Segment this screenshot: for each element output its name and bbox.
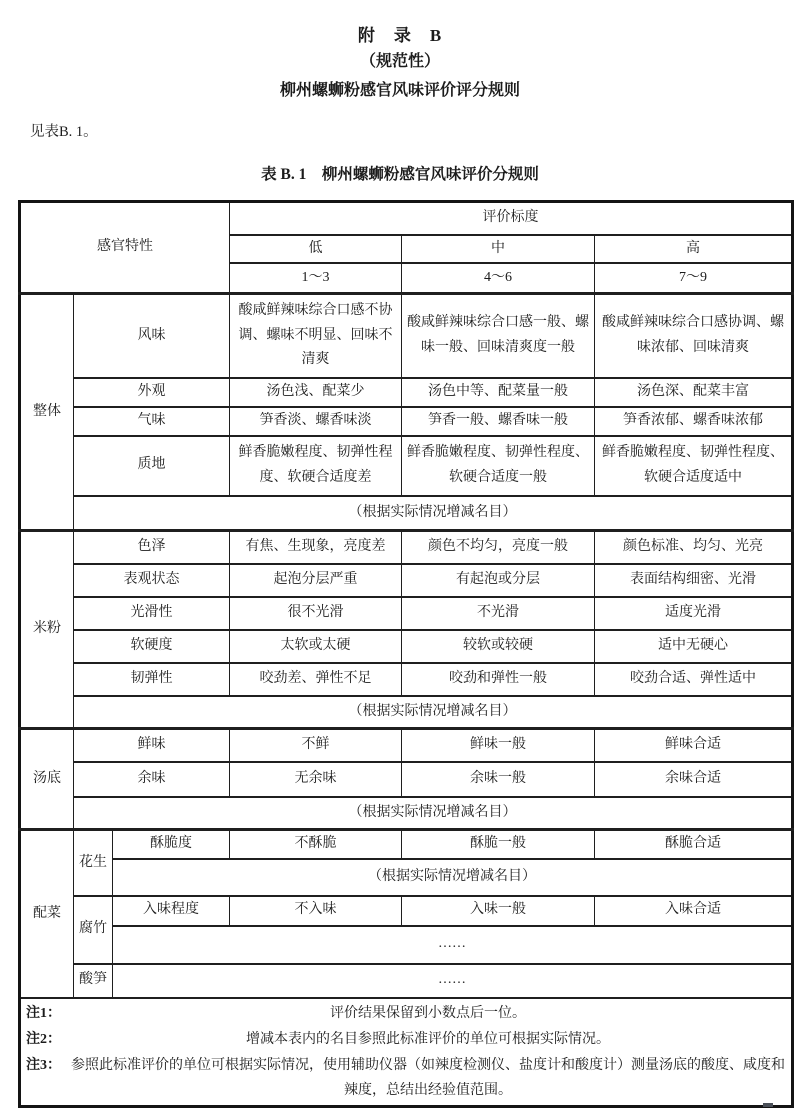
level-cell-low: 低 [230, 235, 402, 264]
score-cell-mid: 有起泡或分层 [402, 564, 595, 597]
note-3-text: 参照此标准评价的单位可根据实际情况，使用辅助仪器（如辣度检测仪、盐度计和酸度计）… [71, 1058, 785, 1098]
score-cell-high: 颜色标准、均匀、光亮 [595, 531, 793, 564]
score-cell-high: 汤色深、配菜丰富 [595, 378, 793, 407]
table-row: 韧弹性 咬劲差、弹性不足 咬劲和弹性一般 咬劲合适、弹性适中 [20, 663, 793, 696]
score-cell-high: 表面结构细密、光滑 [595, 564, 793, 597]
score-cell-low: 起泡分层严重 [230, 564, 402, 597]
note-1-text: 评价结果保留到小数点后一位。 [330, 1006, 526, 1021]
attr-cell: 外观 [74, 378, 230, 407]
note-1-label: 注1： [26, 1001, 61, 1026]
table-row: 米粉 色泽 有焦、生现象，亮度差 颜色不均匀，亮度一般 颜色标准、均匀、光亮 [20, 531, 793, 564]
table-row: 表观状态 起泡分层严重 有起泡或分层 表面结构细密、光滑 [20, 564, 793, 597]
score-cell-high: 笋香浓郁、螺香味浓郁 [595, 407, 793, 436]
subgroup-footer-cell: …… [113, 964, 793, 998]
table-row: 整体 风味 酸咸鲜辣味综合口感不协调、螺味不明显、回味不清爽 酸咸鲜辣味综合口感… [20, 293, 793, 378]
group-cell: 米粉 [20, 531, 74, 729]
attr-cell: 软硬度 [74, 630, 230, 663]
score-cell-low: 有焦、生现象，亮度差 [230, 531, 402, 564]
table-row: 气味 笋香淡、螺香味淡 笋香一般、螺香味一般 笋香浓郁、螺香味浓郁 [20, 407, 793, 436]
table-row: 汤底 鲜味 不鲜 鲜味一般 鲜味合适 [20, 729, 793, 762]
attr-cell: 鲜味 [74, 729, 230, 762]
score-cell-high: 鲜味合适 [595, 729, 793, 762]
score-cell-mid: 咬劲和弹性一般 [402, 663, 595, 696]
attr-cell: 韧弹性 [74, 663, 230, 696]
attr-cell: 色泽 [74, 531, 230, 564]
score-cell-low: 太软或太硬 [230, 630, 402, 663]
section-footer-cell: （根据实际情况增减名目） [74, 496, 793, 531]
score-cell-low: 不入味 [230, 896, 402, 926]
table-row: 酸笋 …… [20, 964, 793, 998]
scale-header-cell: 评价标度 [230, 202, 793, 235]
score-cell-low: 咬劲差、弹性不足 [230, 663, 402, 696]
note-3-label: 注3： [26, 1053, 61, 1078]
score-cell-low: 很不光滑 [230, 597, 402, 630]
note-1: 注1：评价结果保留到小数点后一位。 [24, 1001, 788, 1026]
score-cell-mid: 鲜味一般 [402, 729, 595, 762]
score-cell-high: 入味合适 [595, 896, 793, 926]
score-cell-low: 不鲜 [230, 729, 402, 762]
score-cell-mid: 鲜香脆嫩程度、韧弹性程度、软硬合适度一般 [402, 436, 595, 496]
table-row: 质地 鲜香脆嫩程度、韧弹性程度、软硬合适度差 鲜香脆嫩程度、韧弹性程度、软硬合适… [20, 436, 793, 496]
score-cell-low: 汤色浅、配菜少 [230, 378, 402, 407]
table-row: 光滑性 很不光滑 不光滑 适度光滑 [20, 597, 793, 630]
score-cell-high: 酸咸鲜辣味综合口感协调、螺味浓郁、回味清爽 [595, 293, 793, 378]
score-cell-high: 余味合适 [595, 762, 793, 797]
page-number-fragment [763, 1103, 773, 1107]
score-cell-low: 鲜香脆嫩程度、韧弹性程度、软硬合适度差 [230, 436, 402, 496]
attr-cell: 酥脆度 [113, 830, 230, 859]
subgroup-cell: 腐竹 [74, 896, 113, 964]
document-page: 附 录 B （规范性） 柳州螺蛳粉感官风味评价评分规则 见表B. 1。 表 B.… [0, 0, 800, 1108]
score-cell-high: 鲜香脆嫩程度、韧弹性程度、软硬合适度适中 [595, 436, 793, 496]
group-cell: 配菜 [20, 830, 74, 998]
subgroup-cell: 酸笋 [74, 964, 113, 998]
section-footer-cell: （根据实际情况增减名目） [74, 797, 793, 830]
score-cell-mid: 笋香一般、螺香味一般 [402, 407, 595, 436]
score-cell-mid: 余味一般 [402, 762, 595, 797]
attr-cell: 入味程度 [113, 896, 230, 926]
note-2: 注2：增减本表内的名目参照此标准评价的单位可根据实际情况。 [24, 1027, 788, 1052]
score-cell-high: 酥脆合适 [595, 830, 793, 859]
notes-cell: 注1：评价结果保留到小数点后一位。 注2：增减本表内的名目参照此标准评价的单位可… [20, 998, 793, 1107]
attr-cell: 气味 [74, 407, 230, 436]
notes-row: 注1：评价结果保留到小数点后一位。 注2：增减本表内的名目参照此标准评价的单位可… [20, 998, 793, 1107]
subgroup-cell: 花生 [74, 830, 113, 896]
group-cell: 整体 [20, 293, 74, 531]
score-cell-high: 咬劲合适、弹性适中 [595, 663, 793, 696]
appendix-title: 附 录 B [0, 0, 800, 47]
level-cell-mid: 中 [402, 235, 595, 264]
note-2-text: 增减本表内的名目参照此标准评价的单位可根据实际情况。 [246, 1032, 610, 1047]
header-row-scale: 感官特性 评价标度 [20, 202, 793, 235]
range-cell-mid: 4～6 [402, 263, 595, 293]
score-cell-low: 酸咸鲜辣味综合口感不协调、螺味不明显、回味不清爽 [230, 293, 402, 378]
attr-cell: 风味 [74, 293, 230, 378]
table-row: （根据实际情况增减名目） [20, 496, 793, 531]
table-row: （根据实际情况增减名目） [20, 859, 793, 896]
subgroup-footer-cell: （根据实际情况增减名目） [113, 859, 793, 896]
table-row: 配菜 花生 酥脆度 不酥脆 酥脆一般 酥脆合适 [20, 830, 793, 859]
score-cell-low: 无余味 [230, 762, 402, 797]
score-cell-mid: 较软或较硬 [402, 630, 595, 663]
score-cell-mid: 汤色中等、配菜量一般 [402, 378, 595, 407]
range-cell-low: 1～3 [230, 263, 402, 293]
level-cell-high: 高 [595, 235, 793, 264]
table-row: 腐竹 入味程度 不入味 入味一般 入味合适 [20, 896, 793, 926]
sensory-header-cell: 感官特性 [20, 202, 230, 294]
score-cell-high: 适度光滑 [595, 597, 793, 630]
score-cell-mid: 颜色不均匀，亮度一般 [402, 531, 595, 564]
appendix-name: 柳州螺蛳粉感官风味评价评分规则 [0, 76, 800, 105]
score-cell-high: 适中无硬心 [595, 630, 793, 663]
section-footer-cell: （根据实际情况增减名目） [74, 696, 793, 729]
subgroup-footer-cell: …… [113, 926, 793, 964]
score-cell-low: 笋香淡、螺香味淡 [230, 407, 402, 436]
table-row: 外观 汤色浅、配菜少 汤色中等、配菜量一般 汤色深、配菜丰富 [20, 378, 793, 407]
attr-cell: 表观状态 [74, 564, 230, 597]
table-caption: 表 B. 1 柳州螺蛳粉感官风味评价分规则 [0, 143, 800, 187]
score-cell-low: 不酥脆 [230, 830, 402, 859]
attr-cell: 余味 [74, 762, 230, 797]
attr-cell: 质地 [74, 436, 230, 496]
score-cell-mid: 酸咸鲜辣味综合口感一般、螺味一般、回味清爽度一般 [402, 293, 595, 378]
range-cell-high: 7～9 [595, 263, 793, 293]
table-row: （根据实际情况增减名目） [20, 696, 793, 729]
note-3: 注3：参照此标准评价的单位可根据实际情况，使用辅助仪器（如辣度检测仪、盐度计和酸… [24, 1053, 788, 1103]
evaluation-table: 感官特性 评价标度 低 中 高 1～3 4～6 7～9 整体 风味 酸咸鲜辣味综… [18, 200, 794, 1108]
attr-cell: 光滑性 [74, 597, 230, 630]
table-row: 软硬度 太软或太硬 较软或较硬 适中无硬心 [20, 630, 793, 663]
intro-text: 见表B. 1。 [0, 105, 800, 143]
score-cell-mid: 酥脆一般 [402, 830, 595, 859]
table-row: （根据实际情况增减名目） [20, 797, 793, 830]
score-cell-mid: 入味一般 [402, 896, 595, 926]
table-row: …… [20, 926, 793, 964]
note-2-label: 注2： [26, 1027, 61, 1052]
appendix-subtitle: （规范性） [0, 47, 800, 76]
group-cell: 汤底 [20, 729, 74, 830]
table-row: 余味 无余味 余味一般 余味合适 [20, 762, 793, 797]
score-cell-mid: 不光滑 [402, 597, 595, 630]
